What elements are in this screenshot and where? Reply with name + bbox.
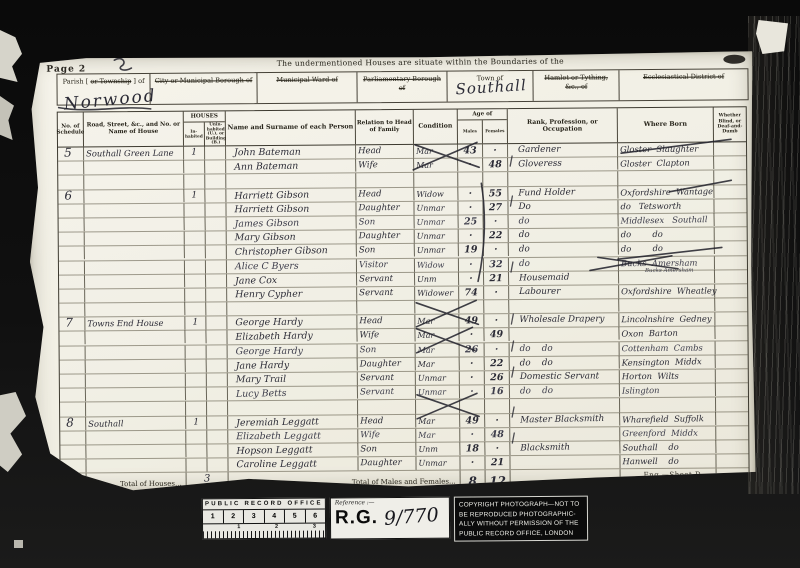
relation-to-head: Servant <box>357 272 415 286</box>
houses-uninhabited <box>207 359 228 372</box>
inch-mark: 6 <box>305 509 325 522</box>
infirmity-cell <box>715 213 747 226</box>
relation-to-head: Son <box>358 343 416 357</box>
occupation: do <box>509 228 619 242</box>
person-name: Jane Hardy <box>228 357 358 373</box>
person-name <box>228 401 358 415</box>
houses-uninhabited <box>207 345 228 358</box>
road-name <box>85 302 185 317</box>
where-born: Southall do <box>620 440 716 455</box>
condition: Unm <box>415 272 459 286</box>
relation-to-head: Head <box>356 187 414 201</box>
film-streaks <box>748 16 800 494</box>
where-born: Cottenham Cambs <box>620 341 716 355</box>
age-males <box>458 173 483 186</box>
age-males: 25 <box>458 215 483 229</box>
road-name <box>85 331 185 346</box>
age-males <box>459 300 484 314</box>
where-born: Horton Wilts <box>620 369 716 383</box>
schedule-number <box>59 247 85 261</box>
age-males: · <box>460 385 485 399</box>
schedule-number <box>59 303 85 317</box>
condition: Unmar <box>416 371 460 385</box>
col-uninhabited: Unin-habited (U.), or Building (B.) <box>205 122 227 145</box>
film-tear-top-left <box>0 30 22 82</box>
census-rows: 5 Southall Green Lane 1 John Bateman Hea… <box>58 142 749 474</box>
film-tear-left <box>0 96 14 140</box>
houses-uninhabited <box>205 160 226 173</box>
houses-uninhabited <box>207 458 228 471</box>
schedule-number <box>60 388 86 402</box>
header-field-text: ] of <box>133 77 144 85</box>
age-males: 26 <box>460 343 485 356</box>
houses-uninhabited <box>206 288 227 301</box>
infirmity-cell <box>716 440 748 453</box>
person-name <box>227 301 357 317</box>
infirmity-cell <box>716 355 748 368</box>
age-females: · <box>485 414 510 428</box>
houses-uninhabited <box>205 203 226 216</box>
census-sheet: The undermentioned Houses are situate wi… <box>28 51 755 493</box>
person-name: Lucy Betts <box>228 386 358 402</box>
age-females: 21 <box>485 456 510 469</box>
road-name <box>85 289 185 303</box>
occupation: do do <box>510 342 620 356</box>
schedule-number <box>60 460 86 473</box>
houses-uninhabited <box>206 302 227 315</box>
header-field-label: Ecclesiastical District of <box>620 72 748 82</box>
where-born: Oxfordshire Wheatley <box>619 284 715 298</box>
occupation <box>509 327 619 342</box>
cm-ruler: 123 <box>203 523 325 538</box>
col-road: Road, Street, &c., and No. or Name of Ho… <box>84 112 184 147</box>
houses-inhabited <box>185 288 206 301</box>
age-males: · <box>458 201 483 214</box>
houses-inhabited <box>185 246 206 260</box>
condition: Unmar <box>416 457 460 471</box>
age-females: · <box>484 314 509 327</box>
pro-office-label: PUBLIC RECORD OFFICE <box>203 498 325 507</box>
occupation: Labourer <box>509 285 619 299</box>
relation-to-head: Son <box>357 244 415 258</box>
houses-inhabited <box>186 345 207 358</box>
col-females: Females <box>483 120 507 143</box>
person-name: Elizabeth Hardy <box>227 329 357 345</box>
road-name <box>85 274 185 289</box>
condition: Mar <box>415 329 459 343</box>
infirmity-cell <box>715 298 747 311</box>
infirmity-cell <box>716 398 748 411</box>
occupation: Master Blacksmith <box>510 412 620 427</box>
occupation: Wholesale Drapery <box>509 313 619 327</box>
col-relation: Relation to Head of Family <box>356 110 414 145</box>
condition <box>414 173 458 187</box>
schedule-number: 8 <box>60 417 86 431</box>
relation-to-head: Visitor <box>357 258 415 272</box>
age-females: 16 <box>485 385 510 399</box>
census-table: No. of Schedule Road, Street, &c., and N… <box>57 106 750 499</box>
col-houses-group: HOUSES In-habited Unin-habited (U.), or … <box>184 111 226 145</box>
occupation: Do <box>508 200 618 214</box>
total-females: 12 <box>486 470 511 491</box>
schedule-number <box>59 275 85 289</box>
occupation: Gardener <box>508 143 618 157</box>
houses-inhabited <box>185 260 206 273</box>
total-males: 8 <box>461 471 486 492</box>
person-name: Caroline Leggatt <box>228 457 358 471</box>
road-name <box>86 345 186 359</box>
col-males: Males <box>458 120 483 143</box>
houses-uninhabited <box>206 331 227 344</box>
relation-to-head <box>358 400 416 414</box>
schedule-number <box>58 204 84 217</box>
age-females: 49 <box>484 328 509 342</box>
relation-to-head: Daughter <box>358 457 416 471</box>
condition: Widow <box>415 258 459 272</box>
houses-uninhabited <box>206 260 227 273</box>
total-houses-label: Total of Houses... <box>87 473 187 495</box>
col-name: Name and Surname of each Person <box>226 110 356 145</box>
where-born: Kensington Middx <box>620 355 716 370</box>
relation-to-head: Wife <box>357 329 415 343</box>
header-field-struck-text: Ecclesiastical District of <box>643 72 724 81</box>
condition: Mar <box>414 144 458 158</box>
age-males: · <box>459 272 484 286</box>
condition: Mar <box>416 428 460 442</box>
age-females: 21 <box>484 272 509 286</box>
film-speck <box>14 540 23 548</box>
person-name: Alice C Byers <box>227 259 357 273</box>
age-males <box>460 400 485 413</box>
film-tear-bottom-left <box>0 392 26 472</box>
where-born: Islington <box>620 383 716 398</box>
header-field: Town of Southall <box>447 71 533 102</box>
cm-mark: 3 <box>313 524 316 530</box>
occupation: Gloveress <box>508 157 618 172</box>
col-age: Age of <box>458 109 507 120</box>
col-occupation: Rank, Profession, or Occupation <box>508 108 618 143</box>
person-name: Harriett Gibson <box>226 187 356 203</box>
where-born: Wharefield Suffolk <box>620 412 716 427</box>
totals-empty-3 <box>717 469 749 490</box>
age-males: · <box>460 371 485 384</box>
header-field-value: Southall <box>455 76 527 98</box>
column-header-row: No. of Schedule Road, Street, &c., and N… <box>58 107 746 147</box>
infirmity-cell <box>716 412 748 425</box>
age-males: 49 <box>460 414 485 428</box>
col-schedule: No. of Schedule <box>58 112 84 146</box>
relation-to-head: Daughter <box>356 202 414 216</box>
age-females: · <box>485 442 510 456</box>
relation-to-head: Servant <box>357 287 415 301</box>
occupation: Housemaid <box>509 270 619 285</box>
relation-to-head: Servant <box>358 386 416 400</box>
col-condition: Condition <box>414 109 458 143</box>
age-females: 22 <box>484 229 509 242</box>
age-females: · <box>483 144 508 157</box>
infirmity-cell <box>715 270 747 283</box>
relation-to-head: Head <box>356 145 414 159</box>
person-name: George Hardy <box>227 316 357 330</box>
age-males: · <box>458 158 483 172</box>
age-males: · <box>458 187 483 201</box>
schedule-number: 6 <box>58 190 84 204</box>
occupation <box>509 299 619 314</box>
person-name: Henry Cypher <box>227 287 357 301</box>
houses-inhabited <box>186 430 207 443</box>
relation-to-head: Head <box>357 315 415 329</box>
infirmity-cell <box>715 242 747 255</box>
condition: Unmar <box>414 215 458 229</box>
inch-mark: 3 <box>244 510 265 523</box>
road-name: Towns End House <box>85 317 185 331</box>
header-field: Parish [ or Township ] of Norwood <box>57 74 150 105</box>
houses-inhabited: 1 <box>184 189 205 203</box>
age-males: 18 <box>460 442 485 456</box>
occupation <box>510 399 620 413</box>
houses-uninhabited <box>207 416 228 429</box>
infirmity-cell <box>715 312 747 325</box>
relation-to-head: Wife <box>358 429 416 443</box>
header-field-label: Parish [ or Township ] of <box>57 77 149 87</box>
age-females: 55 <box>483 187 508 201</box>
copyright-line: PUBLIC RECORD OFFICE, LONDON <box>459 529 583 539</box>
total-houses-number-alt: 4 <box>205 483 210 491</box>
houses-inhabited <box>186 444 207 458</box>
where-born: Hanwell do <box>620 455 716 469</box>
infirmity-cell <box>714 171 746 184</box>
age-females: · <box>484 286 509 299</box>
houses-inhabited <box>185 331 206 345</box>
header-field-label: City or Municipal Borough of <box>151 76 257 86</box>
houses-uninhabited <box>206 231 227 244</box>
situate-line: The undermentioned Houses are situate wi… <box>118 55 722 69</box>
houses-inhabited <box>186 459 207 472</box>
relation-to-head: Daughter <box>358 357 416 371</box>
where-born: Lincolnshire Gedney <box>619 313 715 327</box>
infirmity-cell <box>716 341 748 354</box>
person-name: Elizabeth Leggatt <box>228 429 358 443</box>
houses-uninhabited <box>207 373 228 386</box>
schedule-number <box>60 431 86 444</box>
road-name: Southall <box>86 416 186 431</box>
header-field-label: Parliamentary Borough of <box>358 75 447 93</box>
houses-uninhabited <box>206 317 227 330</box>
where-born: Oxfordshire Wantage <box>618 185 714 200</box>
infirmity-cell <box>716 426 748 439</box>
header-field: Hamlet or Tything, &c., of <box>533 70 619 101</box>
infirmity-cell <box>716 383 748 396</box>
where-born: Gloster Clapton <box>618 156 714 171</box>
where-born: Bucks AmershamBucks Amersham <box>619 256 715 270</box>
where-born: Oxon Barton <box>619 326 715 341</box>
road-name <box>84 175 184 189</box>
where-born: do do <box>619 241 715 256</box>
road-name: Southall Green Lane <box>84 147 184 161</box>
houses-uninhabited <box>207 444 228 457</box>
where-born <box>618 171 714 185</box>
condition: Mar <box>416 357 460 371</box>
infirmity-cell <box>716 369 748 382</box>
houses-inhabited: 1 <box>186 416 207 430</box>
houses-inhabited: 1 <box>185 317 206 330</box>
condition: Unm <box>416 442 460 456</box>
road-name <box>86 387 186 402</box>
person-name: Jeremiah Leggatt <box>228 414 358 430</box>
houses-inhabited <box>184 161 205 175</box>
header-field-label: Municipal Ward of <box>258 75 357 85</box>
condition <box>415 300 459 314</box>
houses-uninhabited <box>205 189 226 202</box>
person-name: Christopher Gibson <box>227 244 357 260</box>
header-field: Municipal Ward of <box>258 72 358 103</box>
occupation: Domestic Servant <box>510 370 620 384</box>
total-persons-label: Total of Males and Females... <box>229 471 461 494</box>
condition: Mar <box>416 414 460 428</box>
photographed-census-page: The undermentioned Houses are situate wi… <box>0 0 800 568</box>
infirmity-cell <box>714 156 746 169</box>
header-field: Ecclesiastical District of <box>620 69 748 100</box>
header-field-text: Parish [ <box>63 77 89 85</box>
inch-ruler: 123456 <box>203 508 325 524</box>
inch-mark: 2 <box>223 510 244 523</box>
age-females: 32 <box>484 258 509 271</box>
houses-uninhabited <box>205 175 226 188</box>
age-females: · <box>483 215 508 229</box>
relation-to-head: Son <box>358 442 416 456</box>
road-name <box>84 160 184 175</box>
road-name <box>86 459 186 473</box>
total-houses-value: 3 4 <box>187 473 229 494</box>
occupation: Blacksmith <box>510 441 620 456</box>
houses-uninhabited <box>206 217 227 230</box>
person-name: Harriett Gibson <box>226 202 356 216</box>
road-name <box>84 189 184 204</box>
person-name: Jane Cox <box>227 272 357 288</box>
where-born: Middlesex Southall <box>618 213 714 228</box>
relation-to-head: Servant <box>358 372 416 386</box>
age-females: · <box>485 343 510 356</box>
occupation: Fund Holder <box>508 185 618 200</box>
where-born: Gloster Slaughter <box>618 142 714 156</box>
sheet-footnote: Eng.—Sheet D. <box>644 471 704 479</box>
header-fields: Parish [ or Township ] of Norwood City o… <box>56 68 748 105</box>
houses-inhabited <box>184 217 205 231</box>
houses-inhabited <box>186 373 207 386</box>
age-females: 27 <box>483 201 508 214</box>
relation-to-head: Daughter <box>357 230 415 244</box>
infirmity-cell <box>715 227 747 240</box>
infirmity-cell <box>714 142 746 155</box>
col-age-group: Age of Males Females <box>458 109 508 143</box>
houses-uninhabited <box>205 146 226 159</box>
condition: Mar <box>414 158 458 172</box>
where-born: do Tetsworth <box>618 199 714 213</box>
houses-inhabited: 1 <box>184 146 205 159</box>
age-females <box>484 300 509 314</box>
totals-schedule-cell <box>61 474 87 495</box>
relation-to-head: Wife <box>356 159 414 173</box>
condition: Unmar <box>415 244 459 258</box>
condition: Unmar <box>416 385 460 399</box>
person-name <box>226 174 356 188</box>
schedule-number <box>59 218 85 232</box>
inch-mark: 4 <box>264 510 285 523</box>
infirmity-cell <box>716 454 748 467</box>
inch-mark: 5 <box>285 510 306 523</box>
age-females <box>485 399 510 412</box>
col-infirmity: Whether Blind, or Deaf-and-Dumb <box>714 107 746 141</box>
header-field-struck-text: Parliamentary Borough of <box>363 75 441 92</box>
person-name: Hopson Leggatt <box>228 443 358 459</box>
person-name: Ann Bateman <box>226 159 356 175</box>
condition: Widow <box>414 187 458 201</box>
age-males: 74 <box>459 286 484 299</box>
pro-ruler-box: PUBLIC RECORD OFFICE 123456 123 <box>202 497 326 539</box>
person-name: John Bateman <box>226 145 356 159</box>
houses-inhabited <box>184 175 205 188</box>
age-males: · <box>460 456 485 469</box>
houses-uninhabited <box>206 246 227 259</box>
schedule-number: 5 <box>58 147 84 160</box>
condition: Mar <box>416 343 460 357</box>
infirmity-cell <box>715 256 747 269</box>
infirmity-cell <box>714 199 746 212</box>
age-females <box>483 172 508 185</box>
road-name <box>86 444 186 459</box>
houses-inhabited <box>186 388 207 402</box>
age-females: · <box>484 243 509 257</box>
schedule-number <box>60 360 86 374</box>
header-field: Parliamentary Borough of <box>358 72 448 103</box>
person-name: Mary Gibson <box>227 230 357 244</box>
houses-uninhabited <box>207 430 228 443</box>
age-females: 48 <box>485 428 510 441</box>
road-name <box>85 260 185 274</box>
age-males: · <box>460 357 485 371</box>
occupation: do <box>508 214 618 229</box>
infirmity-cell <box>715 327 747 340</box>
schedule-number <box>60 374 86 387</box>
ink-blot <box>723 55 745 64</box>
age-males: · <box>459 258 484 271</box>
houses-uninhabited <box>206 274 227 287</box>
occupation: do do <box>510 384 620 399</box>
header-field-struck-text: City or Municipal Borough of <box>155 76 253 85</box>
schedule-number: 7 <box>59 318 85 331</box>
where-born: Greenford Middx <box>620 426 716 440</box>
condition: Unmar <box>414 201 458 215</box>
person-name: George Hardy <box>228 344 358 358</box>
occupation <box>510 455 620 469</box>
houses-inhabited <box>185 302 206 316</box>
condition <box>416 400 460 414</box>
road-name <box>84 203 184 217</box>
occupation: do <box>509 242 619 257</box>
age-males: 19 <box>459 243 484 257</box>
age-females: 48 <box>483 158 508 172</box>
road-name <box>86 430 186 444</box>
age-females: 22 <box>485 357 510 371</box>
header-field: City or Municipal Borough of <box>151 73 258 104</box>
occupation: do <box>509 257 619 271</box>
condition: Widower <box>415 286 459 300</box>
schedule-number <box>58 176 84 189</box>
condition: Unmar <box>415 230 459 244</box>
where-born: do do <box>619 228 715 242</box>
houses-inhabited <box>185 274 206 288</box>
inch-mark: 1 <box>203 510 224 523</box>
